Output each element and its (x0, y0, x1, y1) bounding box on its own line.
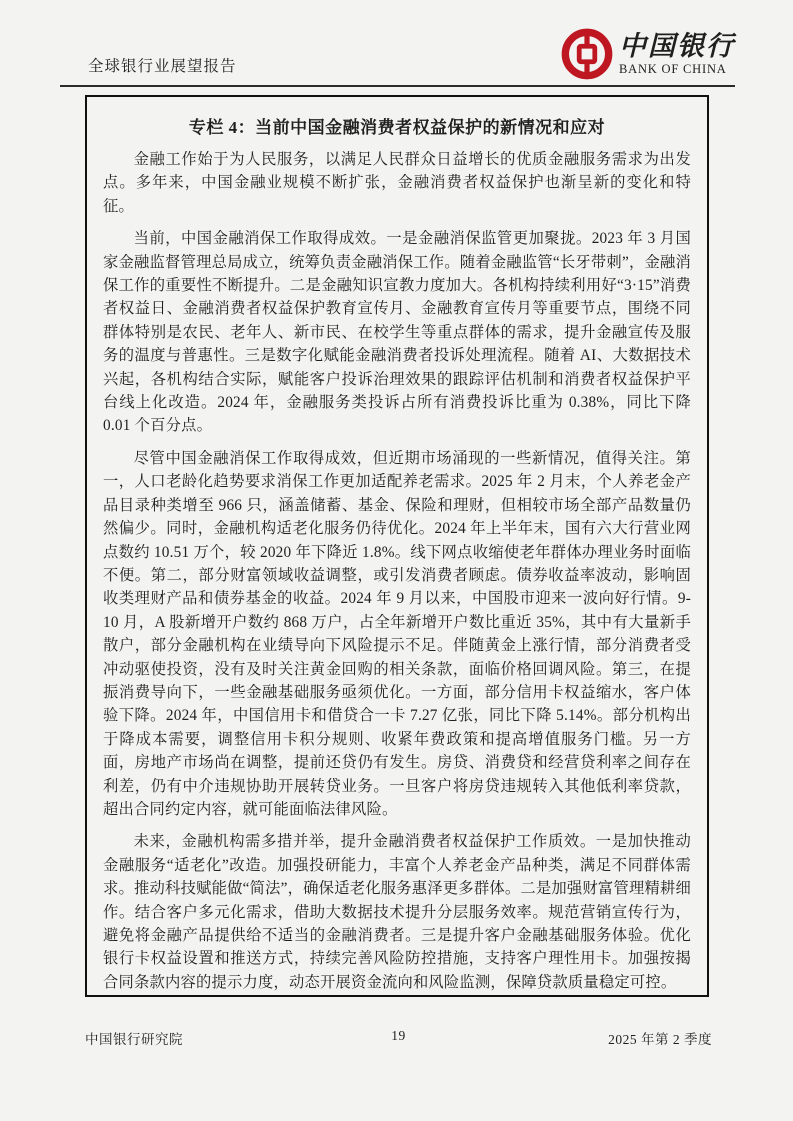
page-footer: 中国银行研究院 19 2025 年第 2 季度 (85, 1028, 712, 1048)
column-title: 专栏 4：当前中国金融消费者权益保护的新情况和应对 (103, 113, 691, 138)
column-4-box: 专栏 4：当前中国金融消费者权益保护的新情况和应对 金融工作始于为人民服务，以满… (85, 95, 709, 997)
body-paragraph: 当前，中国金融消保工作取得成效。一是金融消保监管更加聚拢。2023 年 3 月国… (103, 227, 691, 438)
header-divider (60, 85, 735, 87)
bank-of-china-logo: 中国银行 BANK OF CHINA (561, 28, 735, 82)
logo-wordmark: 中国银行 BANK OF CHINA (619, 33, 735, 76)
document-page: 全球银行业展望报告 中国银行 BANK OF CHINA 专栏 4：当前中国金融… (0, 0, 793, 1121)
report-title: 全球银行业展望报告 (60, 54, 237, 82)
page-number: 19 (391, 1028, 406, 1044)
logo-cn-name: 中国银行 (619, 33, 735, 60)
body-paragraph: 尽管中国金融消保工作取得成效，但近期市场涌现的一些新情况，值得关注。第一，人口老… (103, 447, 691, 822)
body-paragraph: 金融工作始于为人民服务，以满足人民群众日益增长的优质金融服务需求为出发点。多年来… (103, 148, 691, 218)
footer-institute: 中国银行研究院 (85, 1028, 183, 1048)
logo-en-name: BANK OF CHINA (619, 63, 727, 76)
page-header: 全球银行业展望报告 中国银行 BANK OF CHINA (60, 24, 735, 82)
bank-of-china-coin-icon (561, 28, 613, 80)
footer-issue: 2025 年第 2 季度 (608, 1028, 712, 1048)
body-paragraph: 未来，金融机构需多措并举，提升金融消费者权益保护工作质效。一是加快推动金融服务“… (103, 830, 691, 994)
